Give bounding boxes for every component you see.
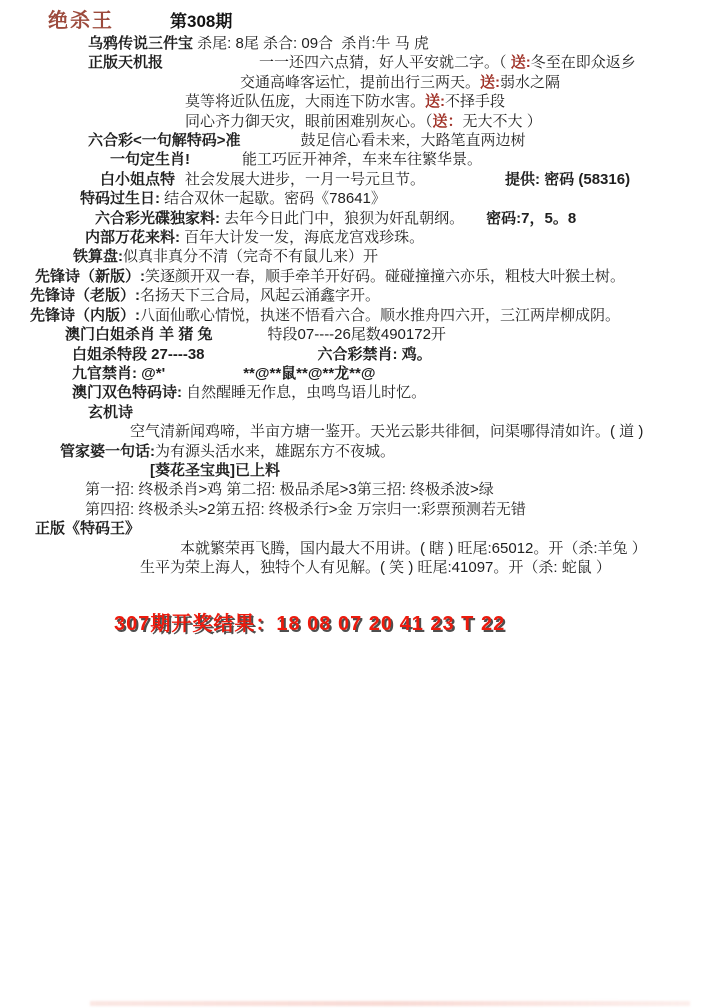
kuihua-move2: 第四招: 终极杀头>2第五招: 终极杀行>金 万宗归一:彩票预测若无错 xyxy=(85,501,526,518)
ding-shengxiao-text: 能工巧匠开神斧，车来车往繁华景。 xyxy=(242,151,482,168)
baixiaojie-line: 白小姐点特社会发展大进步，一月一号元旦节。提供: 密码 (58316) xyxy=(0,170,708,189)
wanhua-line: 内部万花来料: 百年大计发一发，海底龙宫戏珍珠。 xyxy=(0,228,708,247)
kuihua-title-line: [葵花圣宝典]已上料 xyxy=(0,461,708,480)
wanhua-label: 内部万花来料: xyxy=(85,229,180,246)
previous-draw-results: 307期开奖结果：18 08 07 20 41 23 T 22 xyxy=(114,607,708,636)
guangdie-label: 六合彩光碟独家料: xyxy=(95,210,220,227)
tianji-row4-send: 送： xyxy=(433,113,463,130)
tiesuanpan-label: 铁算盘: xyxy=(73,248,123,265)
guanjiapo-line: 管家婆一句话:为有源头活水来，雄踞东方不夜城。 xyxy=(0,442,708,461)
xianfeng-inner-line: 先锋诗（内版）:八面仙歌心情悦，执迷不悟看六合。顺水推舟四六开，三江两岸柳成阴。 xyxy=(0,306,708,325)
baixiaojie-text: 社会发展大进步，一月一号元旦节。 xyxy=(185,171,425,188)
spacer xyxy=(464,222,486,223)
guanjiapo-text: 为有源头活水来，雄踞东方不夜城。 xyxy=(155,443,395,460)
shuangse-text: 自然醒睡无作息，虫鸣鸟语儿时忆。 xyxy=(182,384,426,401)
sha-teduan-label: 白姐杀特段 27----38 xyxy=(72,346,205,363)
jie-tema-label: 六合彩<一句解特码>准 xyxy=(88,132,241,149)
temawang-title: 正版《特码王》 xyxy=(35,520,140,537)
xuanji-poem-line: 空气清新闻鸡啼，半亩方塘一鉴开。天光云影共徘徊，问渠哪得清如许。( 道 ) xyxy=(0,422,708,441)
xuanji-title-line: 玄机诗 xyxy=(0,403,708,422)
guangdie-code: 密码:7，5。8 xyxy=(486,210,576,227)
tianji-line-4: 同心齐力御天灾，眼前困难别灰心。（送：无大不大 ） xyxy=(0,112,708,131)
birthday-text: 结合双休一起歇。密码《78641》 xyxy=(160,190,386,207)
tianji-row3-send: 送: xyxy=(425,93,445,110)
spacer xyxy=(213,338,268,339)
baixiaojie-code: 提供: 密码 (58316) xyxy=(505,171,630,188)
spacer xyxy=(175,183,185,184)
tianji-row2-pre: 交通高峰客运忙，提前出行三两天。 xyxy=(240,74,480,91)
sha-teduan-line: 白姐杀特段 27----38六合彩禁肖: 鸡。 xyxy=(0,345,708,364)
guangdie-text: 去年今日此门中，狼狈为奸乱朝纲。 xyxy=(220,210,464,227)
shuangse-line: 澳门双色特码诗: 自然醒睡无作息，虫鸣鸟语儿时忆。 xyxy=(0,383,708,402)
crow-label: 乌鸦传说三件宝 xyxy=(88,35,193,52)
baixiaojie-label: 白小姐点特 xyxy=(100,171,175,188)
spacer xyxy=(190,163,242,164)
spacer xyxy=(165,377,243,378)
issue-number: 第308期 xyxy=(170,7,232,32)
xianfeng-new-text: 笑逐颜开双一春，顺手牵羊开好码。碰碰撞撞六亦乐，粗枝大叶猴土树。 xyxy=(145,268,625,285)
spacer xyxy=(425,183,505,184)
tianji-row1-post: 冬至在即众返乡 xyxy=(531,54,636,71)
xianfeng-old-line: 先锋诗（老版）:名扬天下三合局，风起云涌鑫字开。 xyxy=(0,286,708,305)
temawang-row1: 本就繁荣再飞腾，国内最大不用讲。( 瞎 ) 旺尾:65012。开（杀:羊兔 ） xyxy=(180,540,647,557)
tianji-row4-post: 无大不大 ） xyxy=(463,113,542,130)
kuihua-move1: 第一招: 终极杀肖>鸡 第二招: 极品杀尾>3第三招: 终极杀波>绿 xyxy=(85,481,494,498)
spacer xyxy=(163,66,259,67)
tianji-row2-send: 送: xyxy=(480,74,500,91)
temawang-row1-line: 本就繁荣再飞腾，国内最大不用讲。( 瞎 ) 旺尾:65012。开（杀:羊兔 ） xyxy=(0,539,708,558)
xuanji-title: 玄机诗 xyxy=(88,404,133,421)
brand-title: 绝杀王 xyxy=(48,4,114,33)
tiesuanpan-line: 铁算盘:似真非真分不清（完奇不有鼠儿来）开 xyxy=(0,247,708,266)
shuangse-label: 澳门双色特码诗: xyxy=(72,384,182,401)
tianji-line-2: 交通高峰客运忙，提前出行三两天。送:弱水之隔 xyxy=(0,73,708,92)
tiesuanpan-text: 似真非真分不清（完奇不有鼠儿来）开 xyxy=(123,248,378,265)
birthday-label: 特码过生日: xyxy=(80,190,160,207)
crow-text: 杀尾: 8尾 杀合: 09合 杀肖:牛 马 虎 xyxy=(193,35,429,52)
xianfeng-new-line: 先锋诗（新版）:笑逐颜开双一春，顺手牵羊开好码。碰碰撞撞六亦乐，粗枝大叶猴土树。 xyxy=(0,267,708,286)
spacer xyxy=(241,144,301,145)
temawang-row2-line: 生平为荣上海人，独特个人有见解。( 笑 ) 旺尾:41097。开（杀: 蛇鼠 ） xyxy=(0,558,708,577)
xianfeng-inner-text: 八面仙歌心情悦，执迷不悟看六合。顺水推舟四六开，三江两岸柳成阴。 xyxy=(140,307,620,324)
lottery-tip-sheet: 绝杀王第308期 乌鸦传说三件宝 杀尾: 8尾 杀合: 09合 杀肖:牛 马 虎… xyxy=(0,0,708,1008)
tianji-line-1: 正版天机报一一还四六点猜，好人平安就二字。（ 送:冬至在即众返乡 xyxy=(0,53,708,72)
xianfeng-inner-label: 先锋诗（内版）: xyxy=(30,307,140,324)
guanjiapo-label: 管家婆一句话: xyxy=(60,443,155,460)
wanhua-text: 百年大计发一发，海底龙宫戏珍珠。 xyxy=(180,229,424,246)
macau-shaxiao-extra: 特段07----26尾数490172开 xyxy=(268,326,446,343)
xianfeng-new-label: 先锋诗（新版）: xyxy=(35,268,145,285)
tianji-label: 正版天机报 xyxy=(88,54,163,71)
faded-print-artifact xyxy=(90,1001,690,1006)
tianji-row1-send: 送: xyxy=(511,54,531,71)
kuihua-title: [葵花圣宝典]已上料 xyxy=(150,462,280,479)
temawang-title-line: 正版《特码王》 xyxy=(0,519,708,538)
macau-shaxiao-label: 澳门白姐杀肖 羊 猪 兔 xyxy=(65,326,213,343)
page-header: 绝杀王第308期 xyxy=(48,4,708,28)
tianji-line-3: 莫等将近队伍庞，大雨连下防水害。送:不择手段 xyxy=(0,92,708,111)
tianji-row3-post: 不择手段 xyxy=(445,93,505,110)
sha-teduan-extra: 六合彩禁肖: 鸡。 xyxy=(318,346,432,363)
xuanji-poem: 空气清新闻鸡啼，半亩方塘一鉴开。天光云影共徘徊，问渠哪得清如许。( 道 ) xyxy=(130,423,643,440)
ding-shengxiao-label: 一句定生肖! xyxy=(110,151,190,168)
crow-legend-line: 乌鸦传说三件宝 杀尾: 8尾 杀合: 09合 杀肖:牛 马 虎 xyxy=(0,34,708,53)
jiugong-label: 九官禁肖: @*' xyxy=(72,365,165,382)
birthday-line: 特码过生日: 结合双休一起歇。密码《78641》 xyxy=(0,189,708,208)
tianji-row1-pre: 一一还四六点猜，好人平安就二字。（ xyxy=(259,54,511,71)
temawang-row2: 生平为荣上海人，独特个人有见解。( 笑 ) 旺尾:41097。开（杀: 蛇鼠 ） xyxy=(140,559,611,576)
xianfeng-old-label: 先锋诗（老版）: xyxy=(30,287,140,304)
tianji-row3-pre: 莫等将近队伍庞，大雨连下防水害。 xyxy=(185,93,425,110)
jie-tema-line: 六合彩<一句解特码>准鼓足信心看未来，大路笔直两边树 xyxy=(0,131,708,150)
jiugong-line: 九官禁肖: @*'**@**鼠**@**龙**@ xyxy=(0,364,708,383)
kuihua-move2-line: 第四招: 终极杀头>2第五招: 终极杀行>金 万宗归一:彩票预测若无错 xyxy=(0,500,708,519)
ding-shengxiao-line: 一句定生肖!能工巧匠开神斧，车来车往繁华景。 xyxy=(0,150,708,169)
jiugong-extra: **@**鼠**@**龙**@ xyxy=(243,365,375,382)
jie-tema-text: 鼓足信心看未来，大路笔直两边树 xyxy=(301,132,526,149)
tianji-row4-pre: 同心齐力御天灾，眼前困难别灰心。（ xyxy=(185,113,433,130)
tianji-row2-post: 弱水之隔 xyxy=(500,74,560,91)
kuihua-move1-line: 第一招: 终极杀肖>鸡 第二招: 极品杀尾>3第三招: 终极杀波>绿 xyxy=(0,480,708,499)
guangdie-line: 六合彩光碟独家料: 去年今日此门中，狼狈为奸乱朝纲。密码:7，5。8 xyxy=(0,209,708,228)
spacer xyxy=(205,358,318,359)
macau-shaxiao-line: 澳门白姐杀肖 羊 猪 兔特段07----26尾数490172开 xyxy=(0,325,708,344)
xianfeng-old-text: 名扬天下三合局，风起云涌鑫字开。 xyxy=(140,287,380,304)
